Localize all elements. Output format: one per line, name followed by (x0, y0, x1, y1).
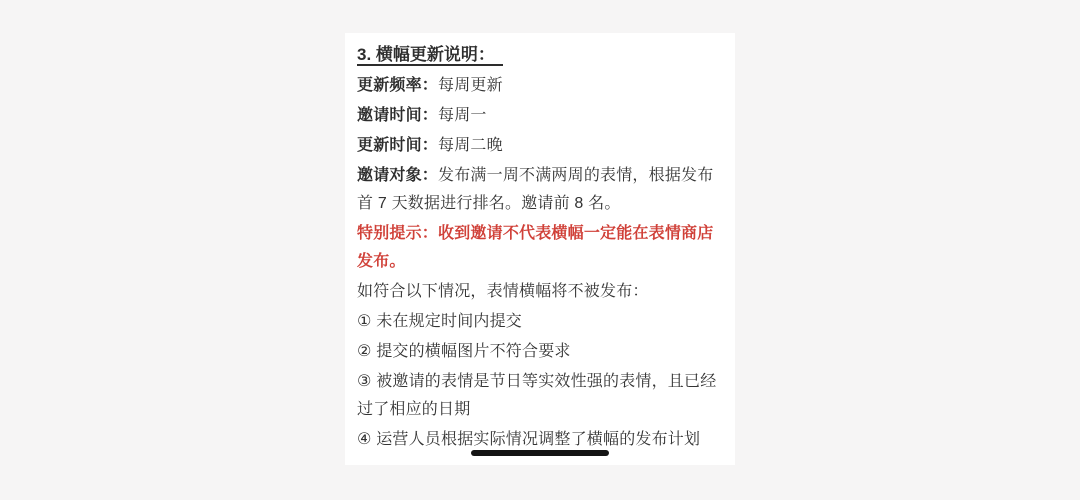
paragraph-label: 更新频率： (357, 77, 438, 94)
paragraph-text: 每周一 (438, 107, 487, 124)
paragraph-text: ④ 运营人员根据实际情况调整了横幅的发布计划 (357, 431, 700, 448)
paragraph-special-notice: 特别提示：收到邀请不代表横幅一定能在表情商店发布。 (357, 220, 723, 276)
page-title: 3. 横幅更新说明： (357, 41, 723, 69)
paragraph-text: ② 提交的横幅图片不符合要求 (357, 343, 571, 360)
paragraph-text: ① 未在规定时间内提交 (357, 313, 522, 330)
paragraph-invite-time: 邀请时间：每周一 (357, 102, 723, 130)
paragraph-label: 邀请时间： (357, 107, 438, 124)
page-title-text: 3. 横幅更新说明： (357, 45, 503, 66)
paragraph-label: 邀请对象： (357, 167, 438, 184)
paragraph-condition-3: ③ 被邀请的表情是节日等实效性强的表情，且已经过了相应的日期 (357, 368, 723, 424)
paragraph-text: 每周更新 (438, 77, 503, 94)
paragraph-conditions-intro: 如符合以下情况，表情横幅将不被发布： (357, 278, 723, 306)
paragraph-condition-1: ① 未在规定时间内提交 (357, 308, 723, 336)
paragraph-label: 更新时间： (357, 137, 438, 154)
article-card: 3. 横幅更新说明： 更新频率：每周更新 邀请时间：每周一 更新时间：每周二晚 … (345, 33, 735, 465)
paragraph-text: 每周二晚 (438, 137, 503, 154)
paragraph-text: ③ 被邀请的表情是节日等实效性强的表情，且已经过了相应的日期 (357, 373, 716, 418)
paragraph-label: 特别提示： (357, 225, 438, 242)
paragraph-invite-target: 邀请对象：发布满一周不满两周的表情，根据发布首 7 天数据进行排名。邀请前 8 … (357, 162, 723, 218)
paragraph-condition-2: ② 提交的横幅图片不符合要求 (357, 338, 723, 366)
paragraph-text: 如符合以下情况，表情横幅将不被发布： (357, 283, 649, 300)
screen: 3. 横幅更新说明： 更新频率：每周更新 邀请时间：每周一 更新时间：每周二晚 … (0, 0, 1080, 500)
paragraph-update-time: 更新时间：每周二晚 (357, 132, 723, 160)
paragraph-update-frequency: 更新频率：每周更新 (357, 72, 723, 100)
home-indicator-bar[interactable] (471, 450, 609, 456)
